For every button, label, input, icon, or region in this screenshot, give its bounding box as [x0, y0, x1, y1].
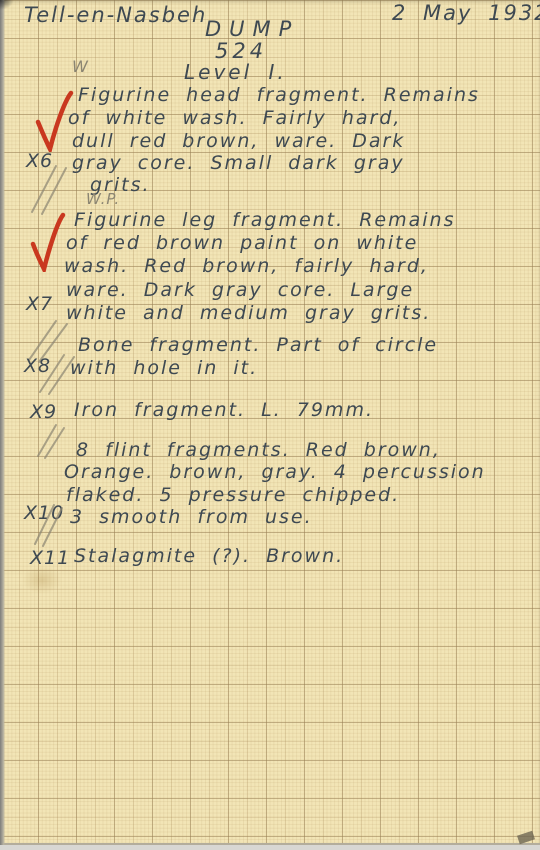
entry-text-line: flaked. 5 pressure chipped. — [66, 484, 400, 506]
entry-text-line: Figurine head fragment. Remains — [78, 84, 480, 106]
red-checkmark-icon — [28, 212, 66, 272]
checkmark-stroke — [38, 93, 71, 149]
entry-text-line: Figurine leg fragment. Remains — [74, 209, 455, 231]
scanned-record-card-page: Tell-en-Nasbeh 2 May 1932 DUMP 524 W Lev… — [0, 0, 540, 850]
entry-text-line: Bone fragment. Part of circle — [78, 334, 438, 356]
record-date: 2 May 1932 — [392, 1, 540, 25]
pencil-slash-stroke — [38, 425, 64, 458]
entry-text-line: of white wash. Fairly hard, — [68, 107, 401, 129]
graph-paper-card: Tell-en-Nasbeh 2 May 1932 DUMP 524 W Lev… — [0, 0, 540, 845]
entry-text-line: 8 flint fragments. Red brown, — [76, 439, 441, 461]
entry-text-line: with hole in it. — [70, 357, 258, 379]
pencil-tally-icon — [30, 500, 66, 548]
scan-corner-shadow — [0, 0, 14, 10]
checkmark-stroke — [33, 215, 63, 269]
pencil-tally-icon — [26, 160, 70, 216]
entry-text-line: white and medium gray grits. — [66, 302, 431, 324]
torn-corner-mark — [517, 831, 535, 845]
pencil-tally-icon — [36, 350, 80, 396]
context-label: DUMP — [205, 17, 299, 41]
pencil-tally-icon — [34, 420, 68, 460]
entry-text-line: ware. Dark gray core. Large — [66, 279, 414, 301]
pencil-initials: W.P. — [86, 190, 120, 208]
pencil-slash-stroke — [32, 166, 66, 214]
entry-text-line: Orange. brown, gray. 4 percussion — [64, 461, 486, 483]
pencil-slash-stroke — [35, 505, 62, 546]
entry-text-line: 3 smooth from use. — [70, 506, 313, 528]
scan-edge-left — [0, 0, 5, 845]
pencil-slash-stroke — [40, 355, 74, 394]
level-heading: Level I. — [184, 60, 287, 84]
site-name: Tell-en-Nasbeh — [24, 3, 207, 27]
level-note-pencil: W — [72, 57, 90, 76]
entry-text-line: of red brown paint on white — [66, 232, 418, 254]
find-number-label: X7 — [26, 293, 53, 315]
entry-text-line: gray core. Small dark gray — [72, 152, 405, 174]
entry-text-line: wash. Red brown, fairly hard, — [64, 255, 429, 277]
entry-text-line: Stalagmite (?). Brown. — [74, 545, 344, 567]
paper-stain — [22, 566, 62, 594]
entry-text-line: dull red brown, ware. Dark — [72, 130, 405, 152]
entry-text-line: Iron fragment. L. 79mm. — [74, 399, 374, 421]
